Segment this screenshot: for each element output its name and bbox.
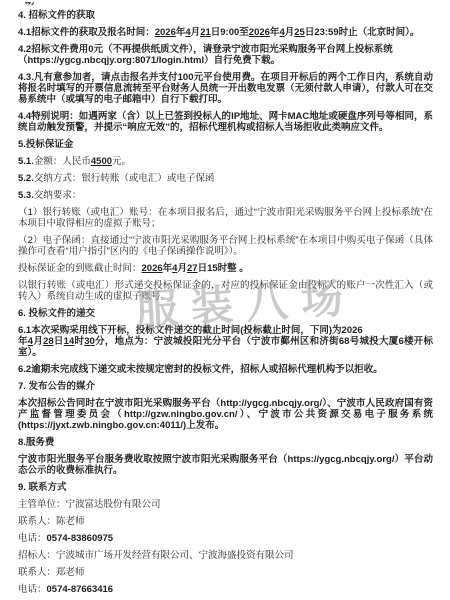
document-body: 4. 招标文件的获取4.1招标文件的获取及报名时间：2026年4月21日9:00… [18,10,433,595]
text-run: 时 [74,336,84,347]
section-8-heading: 8.服务费 [18,437,433,448]
para-4-3: 4.3.凡有意参加者，请点击报名并支付100元平台使用费。在项目开标后的两个工作… [18,72,433,105]
para-9-tenderer: 招标人：宁波城市广场开发经营有限公司、宁波海盛投资有限公司 [18,550,433,561]
text-run: 5.2. [18,173,34,184]
text-run: 5.1. [18,156,34,167]
text-run: 月 [191,27,201,38]
para-8-1: 宁波市阳光服务平台服务费收取按照宁波市阳光采购服务平台（https://ygcg… [18,454,433,476]
section-7-heading: 7. 发布公告的媒介 [18,381,433,392]
text-run: 金额：人民币 [34,156,91,167]
text-run: （https://ygcg.nbcqjy.org:8071/login.html… [18,55,280,66]
text-run: 0574-83860975 [47,533,114,544]
para-5-2: 5.2.交纳方式：银行转账（或电汇）或电子保函 [18,173,433,184]
para-5-3-item-2: （2）电子保函：直接通过“宁波市阳光采购服务平台网上投标系统”在本项目中购买电子… [18,235,433,257]
text-run: 25 [294,27,305,38]
text-run: 电话： [18,584,47,595]
para-7-1: 本次招标公告同时在宁波市阳光采购服务平台（http://ygcg.nbcqjy.… [18,398,433,431]
clipped-text-fragment: 动 [18,2,433,7]
text-run: 0574-87663416 [47,584,114,595]
section-4-heading: 4. 招标文件的获取 [18,10,433,21]
text-run: （1）银行转账（或电汇）账号：在本项目报名后，通过“宁波市阳光采购服务平台网上投… [18,207,433,229]
text-run: 日9:00至 [211,27,249,38]
text-run: 6.1本次采购采用线下开标，投标文件递交的截止时间(投标截止时间，下同)为202… [18,325,363,336]
para-9-phone-2: 电话：0574-87663416 [18,584,433,595]
text-run: 4500 [91,156,112,167]
clipped-text: 动 [25,2,35,7]
text-run: 交纳方式：银行转账（或电汇）或电子保函 [34,173,215,184]
text-run: 2026 [142,263,163,274]
para-5-3: 5.3.交纳要求： [18,190,433,201]
para-9-phone-1: 电话：0574-83860975 [18,533,433,544]
text-run: 30 [84,336,95,347]
para-4-1: 4.1招标文件的获取及报名时间：2026年4月21日9:00至2026年4月25… [18,27,433,38]
text-run: 4. 招标文件的获取 [18,10,95,21]
text-run: 5.投标保证金 [18,139,73,150]
text-run: （2）电子保函：直接通过“宁波市阳光采购服务平台网上投标系统”在本项目中购买电子… [18,235,433,257]
text-run: 本次招标公告同时在宁波市阳光采购服务平台（http://ygcg.nbcqjy.… [18,398,433,431]
text-run: 日 [54,336,64,347]
para-5-1: 5.1.金额：人民币4500元。 [18,156,433,167]
text-run: 27 [187,263,198,274]
text-run: 4.4特别说明：如遇两家（含）以上已签到投标人的IP地址、网卡MAC地址或硬盘序… [18,111,433,133]
para-9-contact-1: 联系人：陈老师 [18,516,433,527]
text-run: 主管单位：宁波富达股份有限公司 [18,499,161,510]
text-run: 月 [33,336,43,347]
text-run: 7. 发布公告的媒介 [18,381,95,392]
para-6-2: 6.2逾期未完成线下递交或未按规定密封的投标文件，招标人或招标代理机构予以拒收。 [18,364,433,375]
text-run: 4.3.凡有意参加者，请点击报名并支付100元平台使用费。在项目开标后的两个工作… [18,72,433,105]
text-run: 9. 联系方式 [18,482,67,493]
text-run: 21 [200,27,211,38]
text-run: 5.3. [18,190,34,201]
text-run: 14 [64,336,75,347]
text-run: 宁波市阳光服务平台服务费收取按照宁波市阳光采购服务平台（https://ygcg… [18,454,433,476]
para-4-4: 4.4特别说明：如遇两家（含）以上已签到投标人的IP地址、网卡MAC地址或硬盘序… [18,111,433,133]
text-run: 年 [163,263,173,274]
document-page: 动 4. 招标文件的获取4.1招标文件的获取及报名时间：2026年4月21日9:… [0,0,450,595]
text-run: 月 [177,263,187,274]
text-run: 4.1招标文件的获取及报名时间： [18,27,155,38]
text-run: 投标保证金的到账截止时间： [18,263,142,274]
para-6-1: 6.1本次采购采用线下开标，投标文件递交的截止时间(投标截止时间，下同)为202… [18,325,433,358]
text-run: 月 [285,27,295,38]
text-run: 招标人：宁波城市广场开发经营有限公司、宁波海盛投资有限公司 [18,550,294,561]
para-deposit-deadline: 投标保证金的到账截止时间：2026年4月27日15时整 。 [18,263,433,274]
section-6-heading: 6. 投标文件的递交 [18,308,433,319]
section-9-heading: 9. 联系方式 [18,482,433,493]
text-run: 28 [43,336,54,347]
para-5-3-item-1: （1）银行转账（或电汇）账号：在本项目报名后，通过“宁波市阳光采购服务平台网上投… [18,207,433,229]
text-run: 6.2逾期未完成线下递交或未按规定密封的投标文件，招标人或招标代理机构予以拒收。 [18,364,383,375]
text-run: 年 [176,27,186,38]
section-5-heading: 5.投标保证金 [18,139,433,150]
text-run: 4.2招标文件费用0元（不再提供纸质文件），请登录宁波市阳光采购服务平台网上投标… [18,44,393,55]
text-run: 交纳要求： [34,190,82,201]
text-run: 日15时整 。 [198,263,249,274]
text-run: 日23:59时止（北京时间）。 [305,27,420,38]
text-run: 6. 投标文件的递交 [18,308,95,319]
text-run: 年 [270,27,280,38]
text-run: 联系人：郑老师 [18,567,85,578]
text-run: 元。 [112,156,131,167]
text-run: 8.服务费 [18,437,54,448]
text-run: 2026 [249,27,270,38]
text-run: 2026 [155,27,176,38]
text-run: 以银行转账（或电汇）形式递交投标保证金的，对应的投标保证金由投标人的账户一次性汇… [18,280,433,302]
text-run: 电话： [18,533,47,544]
text-run: 联系人：陈老师 [18,516,85,527]
text-run: 年 [18,336,28,347]
para-9-host-unit: 主管单位：宁波富达股份有限公司 [18,499,433,510]
para-4-2: 4.2招标文件费用0元（不再提供纸质文件），请登录宁波市阳光采购服务平台网上投标… [18,44,433,66]
para-deposit-note: 以银行转账（或电汇）形式递交投标保证金的，对应的投标保证金由投标人的账户一次性汇… [18,280,433,302]
para-9-contact-2: 联系人：郑老师 [18,567,433,578]
